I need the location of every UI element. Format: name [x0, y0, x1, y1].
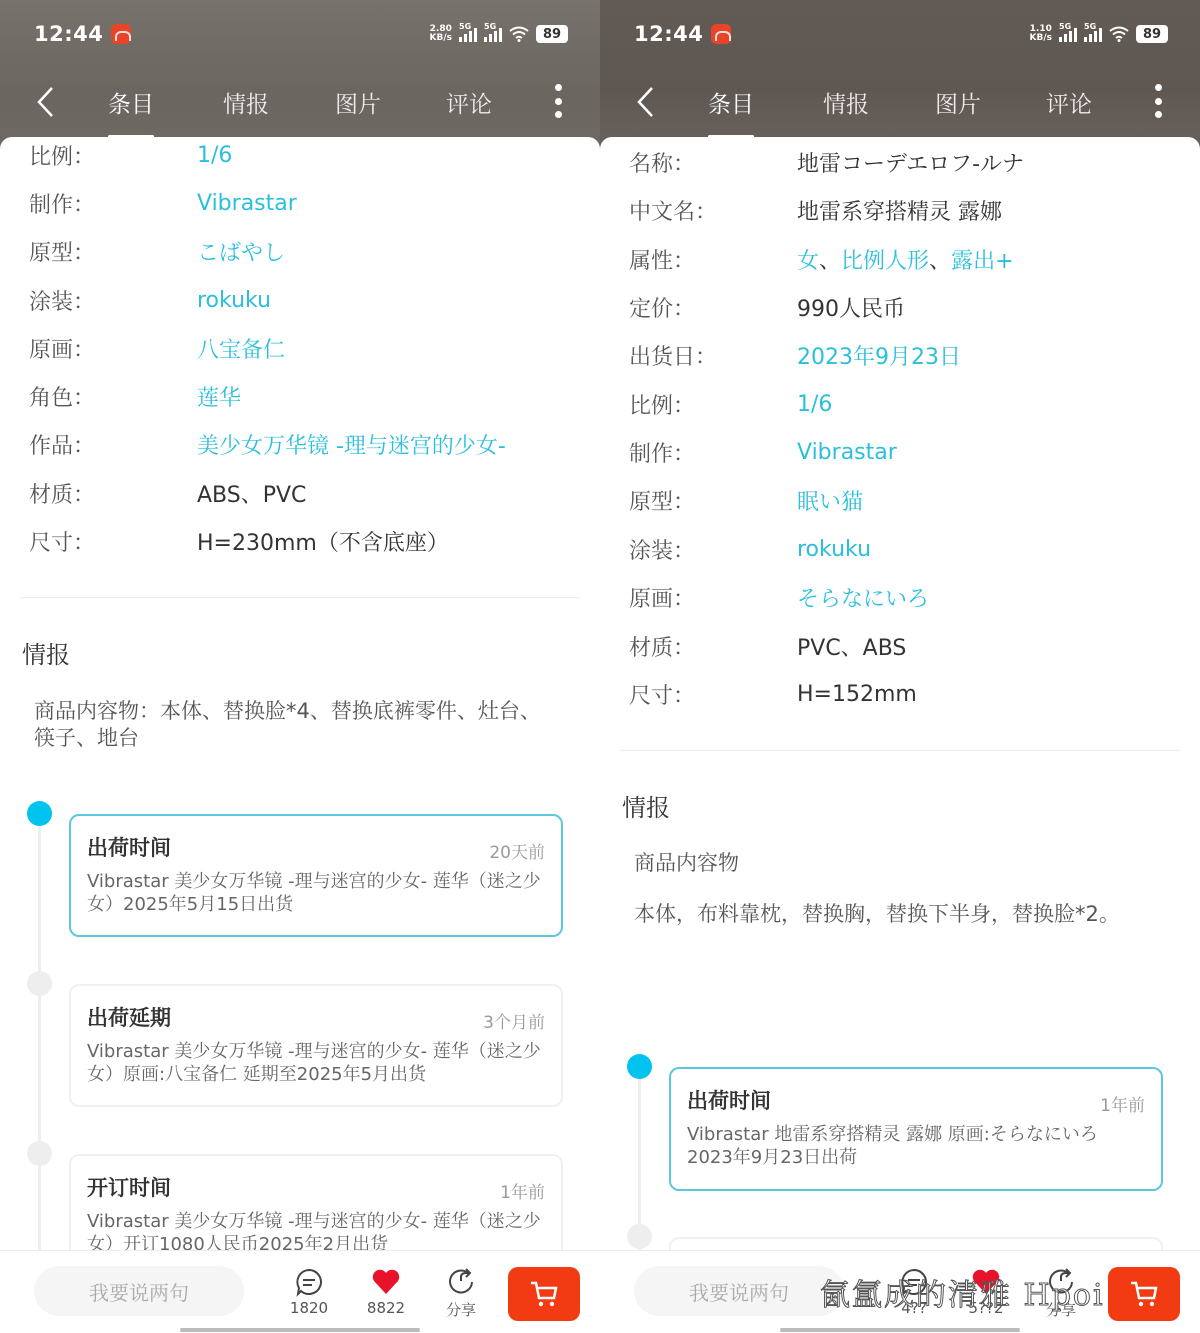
top-nav: 条目 情报 图片 评论 [0, 78, 600, 128]
timeline-line [38, 817, 41, 1250]
tab-entry[interactable]: 条目 [708, 86, 754, 122]
tab-entry[interactable]: 条目 [108, 86, 154, 122]
content-area: 比例：1/6 制作：Vibrastar 原型：こばやし 涂装：rokuku 原画… [0, 137, 600, 1250]
comment-button[interactable]: 1820 [284, 1267, 334, 1317]
cart-icon [1128, 1278, 1160, 1310]
wifi-icon [1109, 26, 1129, 42]
signal-icon: 5G [459, 26, 477, 42]
tab-info[interactable]: 情报 [223, 86, 269, 122]
divider [20, 597, 580, 598]
tab-comments[interactable]: 评论 [1046, 86, 1092, 122]
share-button[interactable]: 分享 [1036, 1267, 1086, 1320]
tag-link[interactable]: 比例人形 [841, 244, 929, 275]
cart-button[interactable] [1108, 1267, 1180, 1321]
spec-row-prototype: 原型：眠い猫 [629, 485, 863, 515]
cart-icon [528, 1278, 560, 1310]
heart-icon [371, 1267, 401, 1297]
left-screen: 12:44 2.80KB/s 5G 5G 89 条目 情报 图片 评论 [0, 0, 600, 1333]
header: 12:44 1.10KB/s 5G 5G 89 条目 情报 图片 评论 [600, 0, 1200, 150]
bottom-action-bar: 我要说两句 4?? 5??2 分享 [600, 1250, 1200, 1333]
contents-text: 商品内容物：本体、替换脸*4、替换底裤零件、灶台、筷子、地台 [34, 698, 555, 752]
spec-row-attributes: 属性： 女、比例人形、露出+ [629, 244, 1014, 274]
spec-row-scale: 比例：1/6 [629, 389, 832, 419]
timeline-dot [27, 971, 52, 996]
spec-row-scale: 比例：1/6 [29, 140, 232, 170]
spec-row-size: 尺寸：H=230mm（不含底座） [29, 526, 449, 556]
app-notification-icon [711, 24, 731, 44]
contents-text: 本体，布料靠枕，替换胸，替换下半身，替换脸*2。 [634, 901, 1155, 928]
status-bar: 12:44 2.80KB/s 5G 5G 89 [34, 18, 568, 50]
timeline-dot-active [27, 801, 52, 826]
spec-row-illustrator: 原画：八宝备仁 [29, 333, 285, 363]
comment-input[interactable]: 我要说两句 [34, 1266, 244, 1316]
spec-row-work: 作品：美少女万华镜 -理与迷宫的少女- [29, 429, 506, 459]
right-screen: 12:44 1.10KB/s 5G 5G 89 条目 情报 图片 评论 [600, 0, 1200, 1333]
top-nav: 条目 情报 图片 评论 [600, 78, 1200, 128]
network-speed: 1.10KB/s [1030, 25, 1052, 43]
spec-row-price: 定价：990人民币 [629, 292, 905, 322]
tab-comments[interactable]: 评论 [446, 86, 492, 122]
spec-row-illustrator: 原画：そらなにいろ [629, 582, 929, 612]
share-icon [446, 1267, 476, 1297]
spec-row-material: 材质：PVC、ABS [629, 631, 906, 661]
share-button[interactable]: 分享 [436, 1267, 486, 1320]
spec-row-release: 出货日：2023年9月23日 [629, 340, 961, 370]
spec-row-name: 名称：地雷コーデエロフ-ルナ [629, 147, 1024, 177]
comment-button[interactable]: 4?? [889, 1267, 939, 1317]
signal-icon: 5G [1059, 26, 1077, 42]
back-icon[interactable] [634, 84, 658, 120]
battery-icon: 89 [536, 25, 568, 43]
app-notification-icon [111, 24, 131, 44]
tab-info[interactable]: 情报 [823, 86, 869, 122]
spec-row-prototype: 原型：こばやし [29, 236, 285, 266]
timeline-dot [627, 1224, 652, 1249]
like-button[interactable]: 5??2 [961, 1267, 1011, 1317]
home-indicator[interactable] [780, 1328, 1020, 1332]
more-icon[interactable] [552, 84, 564, 118]
status-bar: 12:44 1.10KB/s 5G 5G 89 [634, 18, 1168, 50]
tab-images[interactable]: 图片 [335, 86, 381, 122]
like-button[interactable]: 8822 [361, 1267, 411, 1317]
timeline-card[interactable]: 开订时间 1年前 Vibrastar 美少女万华镜 -理与迷宫的少女- 莲华（迷… [69, 1154, 563, 1250]
wifi-icon [509, 26, 529, 42]
tab-images[interactable]: 图片 [935, 86, 981, 122]
timeline-card[interactable]: 出荷时间 20天前 Vibrastar 美少女万华镜 -理与迷宫的少女- 莲华（… [69, 814, 563, 937]
network-speed: 2.80KB/s [430, 25, 452, 43]
spec-row-paint: 涂装：rokuku [629, 534, 871, 564]
header: 12:44 2.80KB/s 5G 5G 89 条目 情报 图片 评论 [0, 0, 600, 150]
spec-row-maker: 制作：Vibrastar [629, 437, 897, 467]
comment-icon [294, 1267, 324, 1297]
spec-row-paint: 涂装：rokuku [29, 285, 271, 315]
spec-row-character: 角色：莲华 [29, 381, 241, 411]
section-title-info: 情报 [622, 788, 670, 823]
timeline-dot-active [627, 1054, 652, 1079]
section-title-info: 情报 [22, 635, 70, 670]
more-icon[interactable] [1152, 84, 1164, 118]
heart-icon [971, 1267, 1001, 1297]
spec-row-size: 尺寸：H=152mm [629, 679, 917, 709]
contents-heading: 商品内容物 [634, 850, 1155, 877]
comment-icon [899, 1267, 929, 1297]
divider [620, 750, 1180, 751]
timeline-card[interactable] [669, 1237, 1163, 1250]
timeline-card[interactable]: 出荷延期 3个月前 Vibrastar 美少女万华镜 -理与迷宫的少女- 莲华（… [69, 984, 563, 1107]
bottom-action-bar: 我要说两句 1820 8822 分享 [0, 1250, 600, 1333]
status-time: 12:44 [34, 22, 103, 46]
home-indicator[interactable] [180, 1328, 420, 1332]
tag-link[interactable]: 露出+ [951, 244, 1013, 275]
back-icon[interactable] [34, 84, 58, 120]
cart-button[interactable] [508, 1267, 580, 1321]
status-time: 12:44 [634, 22, 703, 46]
timeline-dot [27, 1141, 52, 1166]
signal-icon: 5G [1084, 26, 1102, 42]
battery-icon: 89 [1136, 25, 1168, 43]
spec-row-maker: 制作：Vibrastar [29, 188, 297, 218]
comment-input[interactable]: 我要说两句 [634, 1266, 844, 1316]
share-icon [1046, 1267, 1076, 1297]
spec-row-material: 材质：ABS、PVC [29, 478, 306, 508]
spec-row-cn-name: 中文名：地雷系穿搭精灵 露娜 [629, 195, 1002, 225]
tag-link[interactable]: 女 [797, 244, 819, 275]
content-area: 名称：地雷コーデエロフ-ルナ 中文名：地雷系穿搭精灵 露娜 属性： 女、比例人形… [600, 137, 1200, 1250]
timeline-card[interactable]: 出荷时间 1年前 Vibrastar 地雷系穿搭精灵 露娜 原画:そらなにいろ … [669, 1067, 1163, 1191]
signal-icon: 5G [484, 26, 502, 42]
